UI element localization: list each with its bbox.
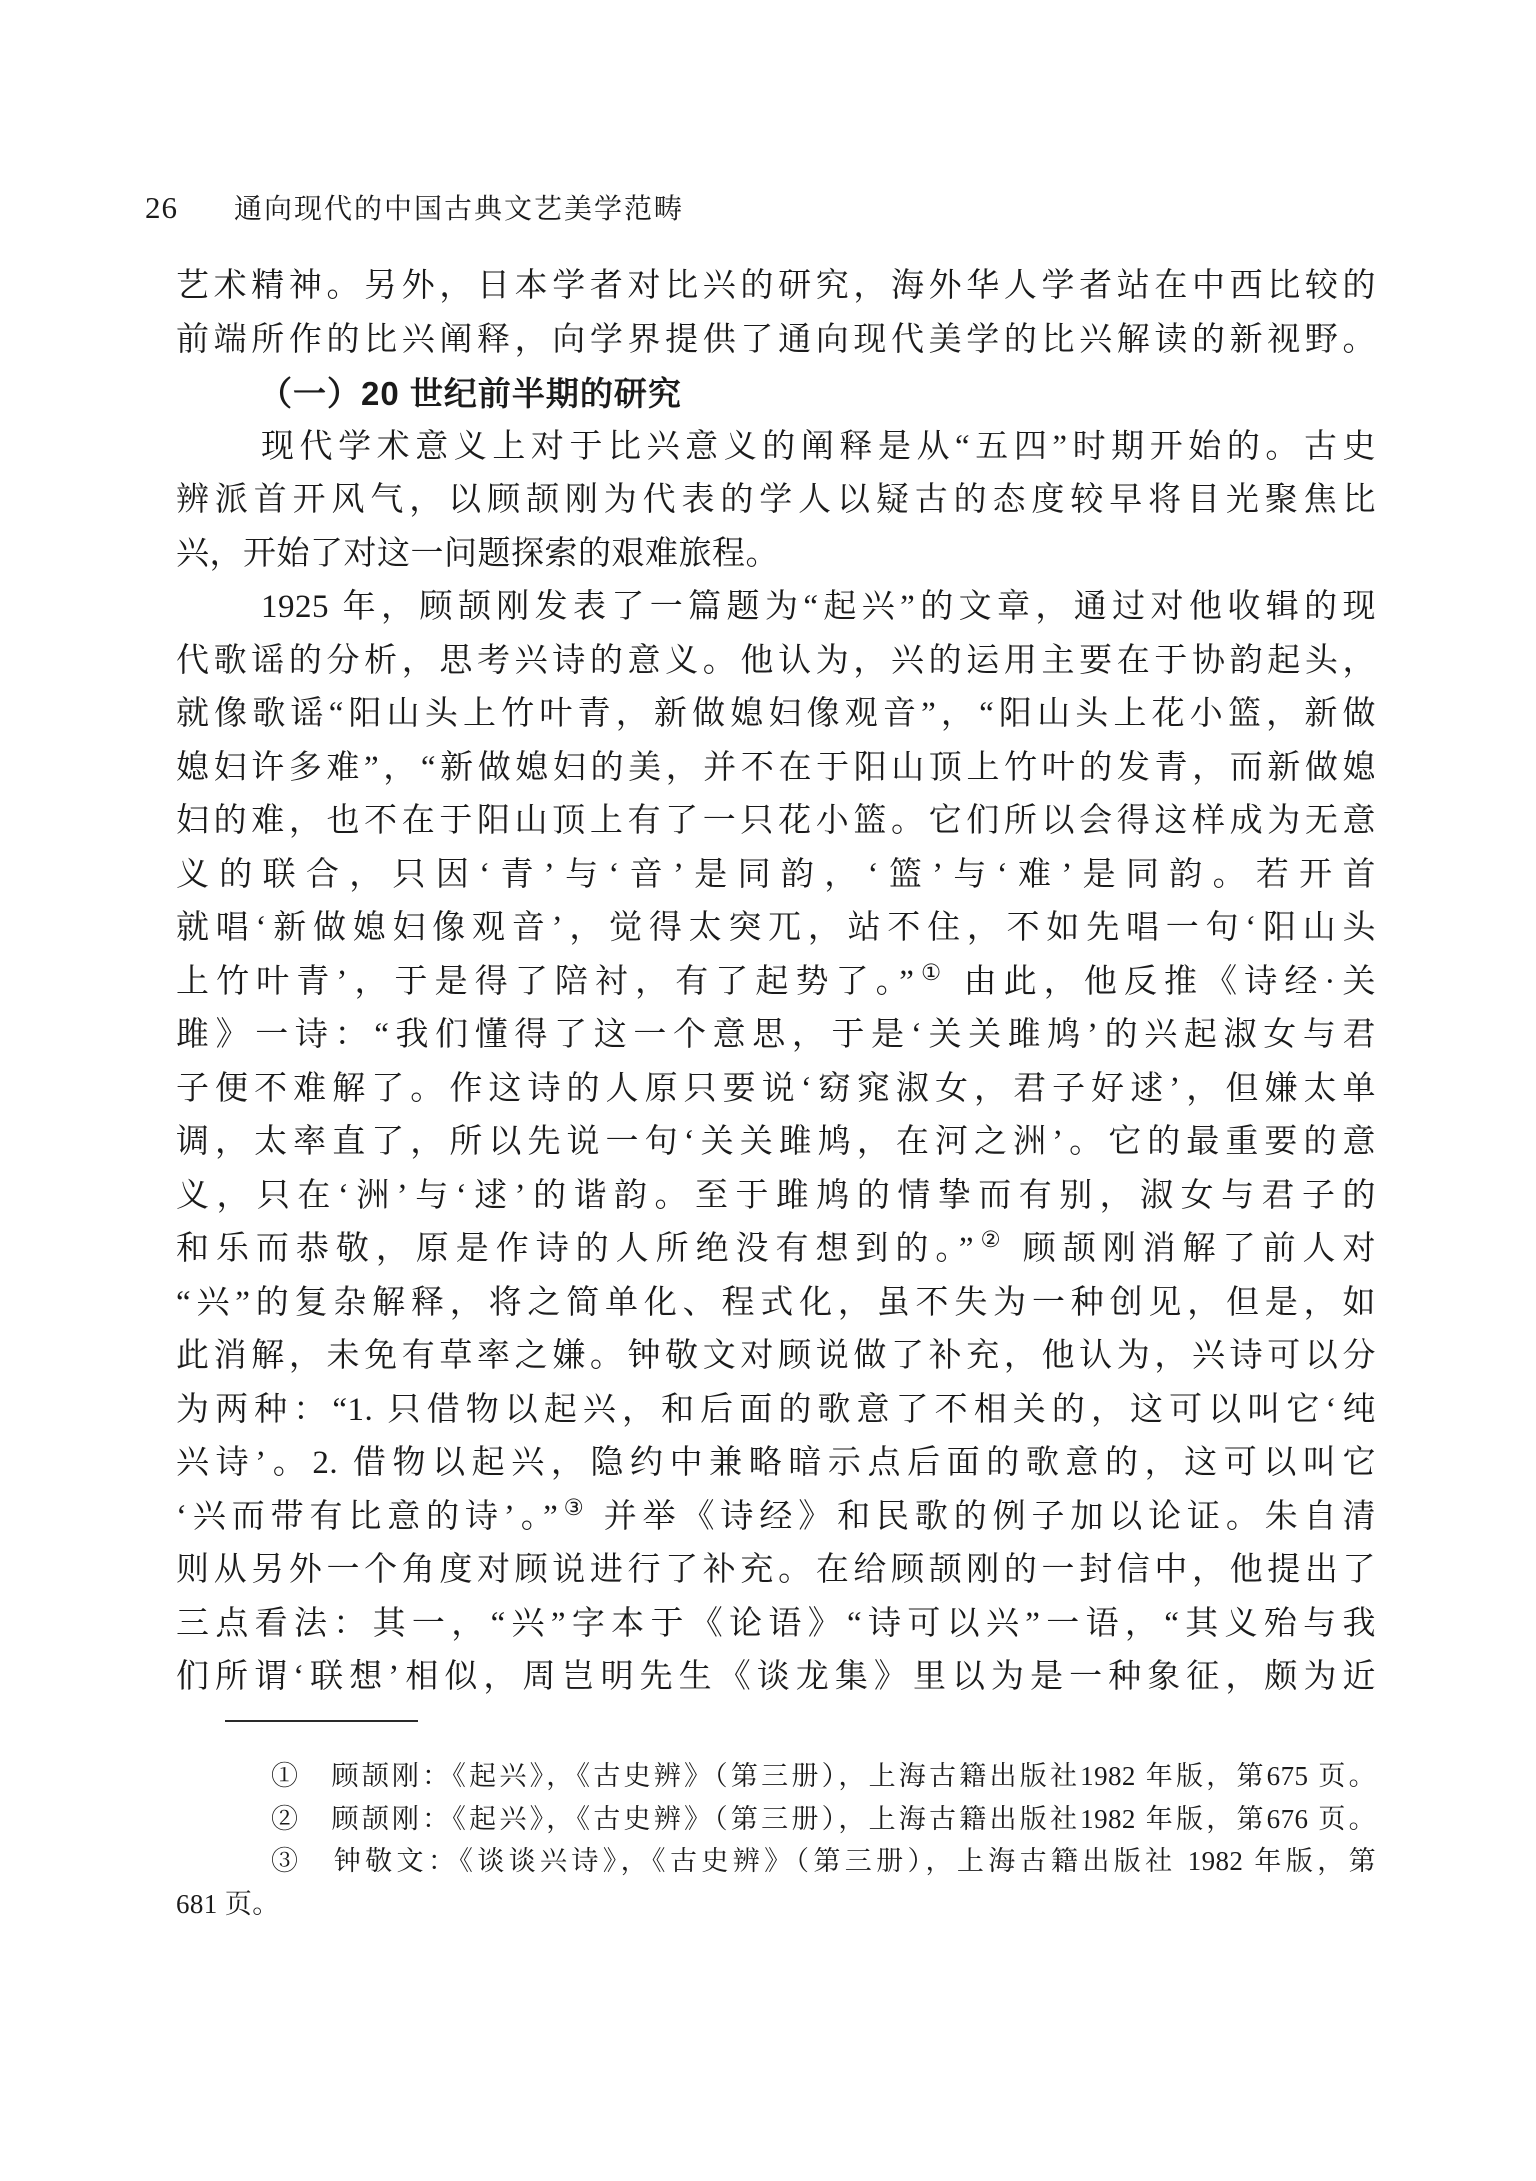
page-number: 26 <box>145 190 178 225</box>
body-line: “兴”的复杂解释，将之简单化、程式化，虽不失为一种创见，但是，如 <box>176 1277 1376 1331</box>
footnote-ref-marker: ③ <box>558 1495 589 1520</box>
body-line: 就唱‘新做媳妇像观音’，觉得太突兀，站不住，不如先唱一句‘阳山头 <box>176 902 1376 956</box>
body-line: 子便不难解了。作这诗的人原只要说‘窈窕淑女，君子好逑’，但嫌太单 <box>176 1063 1376 1117</box>
body-line: 1925 年，顾颉刚发表了一篇题为“起兴”的文章，通过对他收辑的现 <box>176 581 1376 635</box>
body-line: 媳妇许多难”，“新做媳妇的美，并不在于阳山顶上竹叶的发青，而新做媳 <box>176 742 1376 796</box>
body-line: 前端所作的比兴阐释，向学界提供了通向现代美学的比兴解读的新视野。 <box>176 314 1376 368</box>
footnote-ref-marker: ① <box>914 960 948 985</box>
body-line: 为两种：“1. 只借物以起兴，和后面的歌意了不相关的，这可以叫它‘纯 <box>176 1384 1376 1438</box>
book-page: 26通向现代的中国古典文艺美学范畴 艺术精神。另外，日本学者对比兴的研究，海外华… <box>0 0 1536 2181</box>
body-line: 雎》一诗：“我们懂得了这一个意思，于是‘关关雎鸠’的兴起淑女与君 <box>176 1009 1376 1063</box>
body-line: 上竹叶青’，于是得了陪衬，有了起势了。”① 由此，他反推《诗经·关 <box>176 956 1376 1010</box>
body-line: 调，太率直了，所以先说一句‘关关雎鸠，在河之洲’。它的最重要的意 <box>176 1116 1376 1170</box>
body-line: 兴，开始了对这一问题探索的艰难旅程。 <box>176 528 1376 582</box>
body-line: 就像歌谣“阳山头上竹叶青，新做媳妇像观音”，“阳山头上花小篮，新做 <box>176 688 1376 742</box>
body-line: 此消解，未免有草率之嫌。钟敬文对顾说做了补充，他认为，兴诗可以分 <box>176 1330 1376 1384</box>
body-line: 义，只在‘洲’与‘逑’的谐韵。至于雎鸠的情挚而有别，淑女与君子的 <box>176 1170 1376 1224</box>
body-text: 艺术精神。另外，日本学者对比兴的研究，海外华人学者站在中西比较的前端所作的比兴阐… <box>176 260 1376 1705</box>
footnote-ref-marker: ② <box>974 1227 1008 1252</box>
footnotes: ① 顾颉刚：《起兴》，《古史辨》（第三册），上海古籍出版社1982 年版，第67… <box>176 1755 1376 1925</box>
body-line: 现代学术意义上对于比兴意义的阐释是从“五四”时期开始的。古史 <box>176 421 1376 475</box>
footnote-line: ③ 钟敬文：《谈谈兴诗》，《古史辨》（第三册），上海古籍出版社 1982 年版，… <box>176 1840 1376 1883</box>
body-line: 义的联合，只因‘青’与‘音’是同韵，‘篮’与‘难’是同韵。若开首 <box>176 849 1376 903</box>
body-line: 三点看法：其一，“兴”字本于《论语》“诗可以兴”一语，“其义殆与我 <box>176 1598 1376 1652</box>
body-line: 则从另外一个角度对顾说进行了补充。在给顾颉刚的一封信中，他提出了 <box>176 1544 1376 1598</box>
body-line: 和乐而恭敬，原是作诗的人所绝没有想到的。”② 顾颉刚消解了前人对 <box>176 1223 1376 1277</box>
body-line: ‘兴而带有比意的诗’。”③ 并举《诗经》和民歌的例子加以论证。朱自清 <box>176 1491 1376 1545</box>
running-title: 通向现代的中国古典文艺美学范畴 <box>234 192 684 226</box>
footnote-line: ① 顾颉刚：《起兴》，《古史辨》（第三册），上海古籍出版社1982 年版，第67… <box>176 1755 1376 1798</box>
page-header: 26通向现代的中国古典文艺美学范畴 <box>145 191 684 226</box>
body-line: 代歌谣的分析，思考兴诗的意义。他认为，兴的运用主要在于协韵起头， <box>176 635 1376 689</box>
body-line: 辨派首开风气，以顾颉刚为代表的学人以疑古的态度较早将目光聚焦比 <box>176 474 1376 528</box>
footnote-divider <box>225 1720 418 1722</box>
body-line: 兴诗’。2. 借物以起兴，隐约中兼略暗示点后面的歌意的，这可以叫它 <box>176 1437 1376 1491</box>
body-line: （一）20 世纪前半期的研究 <box>176 367 1376 421</box>
body-line: 艺术精神。另外，日本学者对比兴的研究，海外华人学者站在中西比较的 <box>176 260 1376 314</box>
footnote-line: 681 页。 <box>176 1883 1376 1926</box>
footnote-line: ② 顾颉刚：《起兴》，《古史辨》（第三册），上海古籍出版社1982 年版，第67… <box>176 1798 1376 1841</box>
body-line: 妇的难，也不在于阳山顶上有了一只花小篮。它们所以会得这样成为无意 <box>176 795 1376 849</box>
body-line: 们所谓‘联想’相似，周岂明先生《谈龙集》里以为是一种象征，颇为近 <box>176 1651 1376 1705</box>
